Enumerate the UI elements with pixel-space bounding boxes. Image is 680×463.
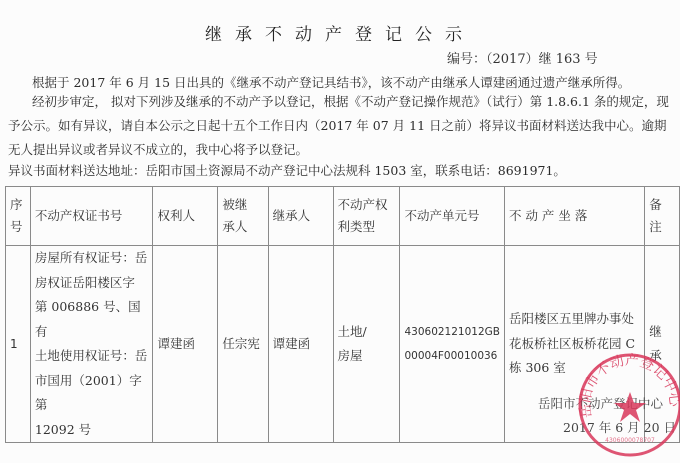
table-row: 1 房屋所有权证号：岳 房权证岳阳楼区字 第 006886 号、国有 土地使用权… bbox=[6, 246, 680, 443]
cell-note: 继 承 bbox=[645, 246, 680, 443]
header-location: 不 动 产 坐 落 bbox=[504, 187, 644, 246]
header-heir: 继承人 bbox=[268, 187, 333, 246]
header-unit-number: 不动产单元号 bbox=[400, 187, 505, 246]
header-right-type: 不动产权利类型 bbox=[333, 187, 400, 246]
header-note: 备注 bbox=[645, 187, 680, 246]
paragraph-address: 异议书面材料送达地址：岳阳市国土资源局不动产登记中心法规科 1503 室，联系电… bbox=[8, 159, 672, 183]
cell-owner: 谭建函 bbox=[153, 246, 218, 443]
document-number: 编号：（2017）继 163 号 bbox=[447, 48, 598, 67]
header-seq: 序号 bbox=[6, 187, 31, 246]
cell-decedent: 任宗宪 bbox=[218, 246, 268, 443]
cell-right-type: 土地/ 房屋 bbox=[333, 246, 400, 443]
header-cert: 不动产权证书号 bbox=[30, 187, 153, 246]
paragraph-notice: 经初步审定， 拟对下列涉及继承的不动产予以登记，根据《不动产登记操作规范》（试行… bbox=[8, 90, 672, 162]
cell-unit-number: 430602121012GB 00004F00010036 bbox=[400, 246, 505, 443]
cell-heir: 谭建函 bbox=[268, 246, 333, 443]
header-decedent: 被继承人 bbox=[218, 187, 268, 246]
header-owner: 权利人 bbox=[153, 187, 218, 246]
cell-location: 岳阳楼区五里牌办事处 花板桥社区板桥花园 C 栋 306 室 bbox=[504, 246, 644, 443]
issuing-organization: 岳阳市不动产登记中心 bbox=[538, 394, 663, 412]
cell-seq: 1 bbox=[6, 246, 31, 443]
page-title: 继承不动产登记公示 bbox=[0, 20, 680, 45]
issue-date: 2017 年 6 月 20 日 bbox=[563, 418, 676, 436]
cell-cert: 房屋所有权证号：岳 房权证岳阳楼区字 第 006886 号、国有 土地使用权证号… bbox=[30, 246, 153, 443]
table-header-row: 序号 不动产权证书号 权利人 被继承人 继承人 不动产权利类型 不动产单元号 不… bbox=[6, 187, 680, 246]
